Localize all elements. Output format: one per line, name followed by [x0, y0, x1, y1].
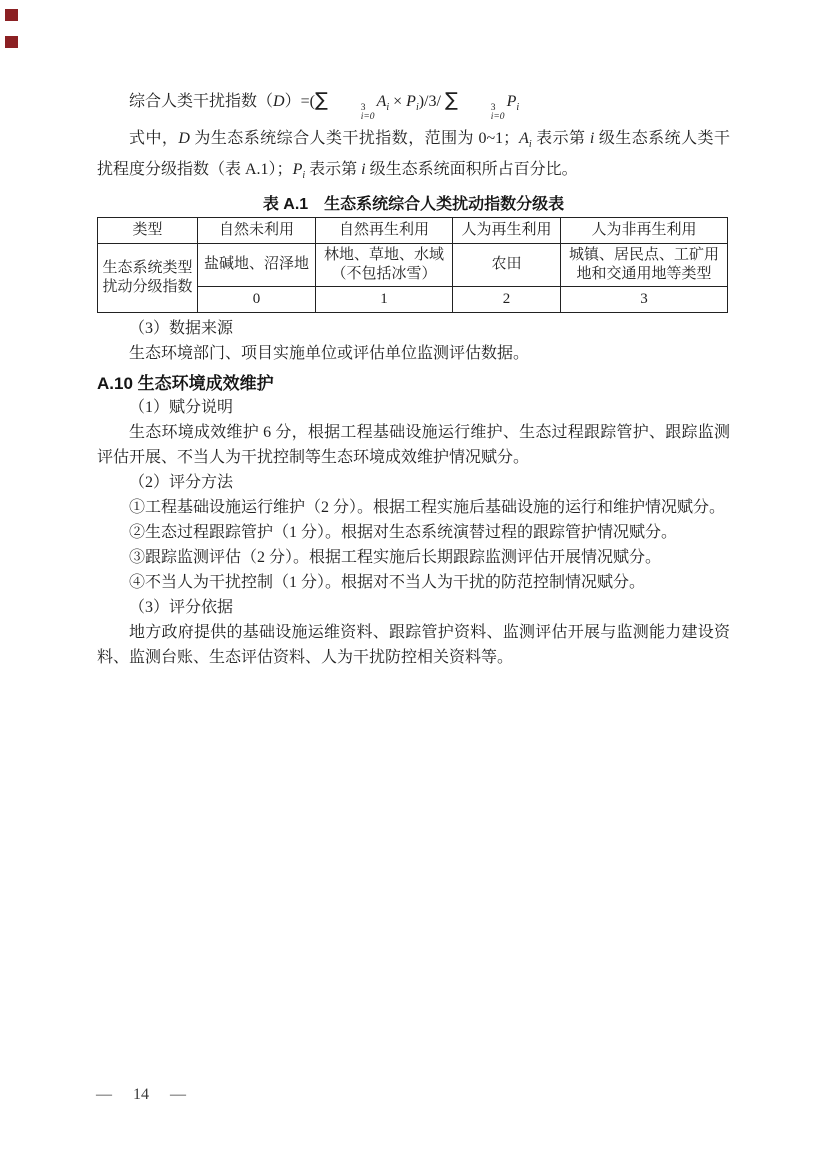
formula-var-p: P [406, 93, 416, 110]
item1-body: 生态环境成效维护 6 分，根据工程基础设施运行维护、生态过程跟踪管护、跟踪监测评… [97, 420, 730, 470]
row-label-cell: 生态系统类型扰动分级指数 [98, 243, 198, 312]
method-item: ③跟踪监测评估（2 分）。根据工程实施后长期跟踪监测评估开展情况赋分。 [97, 545, 730, 570]
table-a1-title: 表 A.1 生态系统综合人类扰动指数分级表 [97, 195, 730, 215]
header-natural-renewable: 自然再生利用 [316, 217, 453, 243]
index-cell: 1 [316, 286, 453, 312]
sum-limits: 3i=0 [329, 104, 375, 122]
formula-divider: )/3/ [419, 93, 445, 110]
item1-heading: （1）赋分说明 [97, 395, 730, 420]
type-cell: 盐碱地、沼泽地 [198, 243, 316, 286]
formula-equals: ）=( [285, 93, 315, 110]
explanation-var-a: A [519, 130, 529, 147]
sigma-icon: ∑ [315, 89, 328, 111]
header-natural-unused: 自然未利用 [198, 217, 316, 243]
formula-times: × [389, 93, 406, 110]
explanation-var-d: D [178, 130, 190, 147]
explanation-text: 表示第 [305, 161, 361, 178]
formula-var-p: P [507, 93, 517, 110]
table-a1: 类型 自然未利用 自然再生利用 人为再生利用 人为非再生利用 生态系统类型扰动分… [97, 217, 728, 313]
header-human-renewable: 人为再生利用 [453, 217, 561, 243]
method-item: ②生态过程跟踪管护（1 分）。根据对生态系统演替过程的跟踪管护情况赋分。 [97, 520, 730, 545]
footer-dash-left: — [96, 1085, 112, 1105]
explanation-var-p: P [293, 161, 303, 178]
item2-heading: （2）评分方法 [97, 470, 730, 495]
formula-sub-i: i [516, 102, 519, 113]
red-mark-top [5, 9, 18, 21]
formula-var-a: A [377, 93, 387, 110]
index-cell: 0 [198, 286, 316, 312]
data-source-heading: （3）数据来源 [97, 316, 730, 341]
sum-lower: i=0 [459, 113, 505, 122]
item3-body: 地方政府提供的基础设施运维资料、跟踪管护资料、监测评估开展与监测能力建设资料、监… [97, 620, 730, 670]
index-cell: 3 [561, 286, 728, 312]
type-cell: 农田 [453, 243, 561, 286]
explanation-text: 为生态系统综合人类干扰指数，范围为 0~1； [190, 130, 519, 147]
method-item: ④不当人为干扰控制（1 分）。根据对不当人为干扰的防范控制情况赋分。 [97, 570, 730, 595]
table-header-row: 类型 自然未利用 自然再生利用 人为再生利用 人为非再生利用 [98, 217, 728, 243]
section-number: A.10 [97, 374, 133, 393]
sum-lower: i=0 [329, 113, 375, 122]
explanation-text: 级生态系统面积所占百分比。 [366, 161, 578, 178]
header-human-nonrenewable: 人为非再生利用 [561, 217, 728, 243]
page-footer: — 14 — [96, 1085, 186, 1105]
document-page: 综合人类干扰指数（D）=(∑3i=0Ai × Pi)/3/ ∑3i=0Pi 式中… [0, 0, 826, 1169]
explanation-text: 表示第 [532, 130, 590, 147]
section-heading-a10: A.10 生态环境成效维护 [97, 373, 730, 395]
page-number: 14 [133, 1085, 149, 1105]
formula-text: 综合人类干扰指数（ [129, 93, 273, 110]
sum-upper: 3 [329, 104, 366, 113]
data-source-body: 生态环境部门、项目实施单位或评估单位监测评估数据。 [97, 341, 730, 366]
red-mark-bottom [5, 36, 18, 48]
table-row-types: 生态系统类型扰动分级指数 盐碱地、沼泽地 林地、草地、水域（不包括冰雪） 农田 … [98, 243, 728, 286]
section-title: 生态环境成效维护 [138, 374, 274, 393]
footer-dash-right: — [170, 1085, 186, 1105]
header-type: 类型 [98, 217, 198, 243]
formula-line: 综合人类干扰指数（D）=(∑3i=0Ai × Pi)/3/ ∑3i=0Pi [97, 86, 730, 122]
formula-explanation: 式中，D 为生态系统综合人类干扰指数，范围为 0~1；Ai 表示第 i 级生态系… [97, 126, 730, 188]
index-cell: 2 [453, 286, 561, 312]
explanation-text: 式中， [129, 130, 178, 147]
page-content: 综合人类干扰指数（D）=(∑3i=0Ai × Pi)/3/ ∑3i=0Pi 式中… [97, 86, 730, 670]
type-cell: 城镇、居民点、工矿用地和交通用地等类型 [561, 243, 728, 286]
sum-limits: 3i=0 [459, 104, 505, 122]
method-item: ①工程基础设施运行维护（2 分）。根据工程实施后基础设施的运行和维护情况赋分。 [97, 495, 730, 520]
formula-var-d: D [273, 93, 285, 110]
sigma-icon: ∑ [445, 89, 458, 111]
item3-heading: （3）评分依据 [97, 595, 730, 620]
sum-upper: 3 [459, 104, 496, 113]
type-cell: 林地、草地、水域（不包括冰雪） [316, 243, 453, 286]
